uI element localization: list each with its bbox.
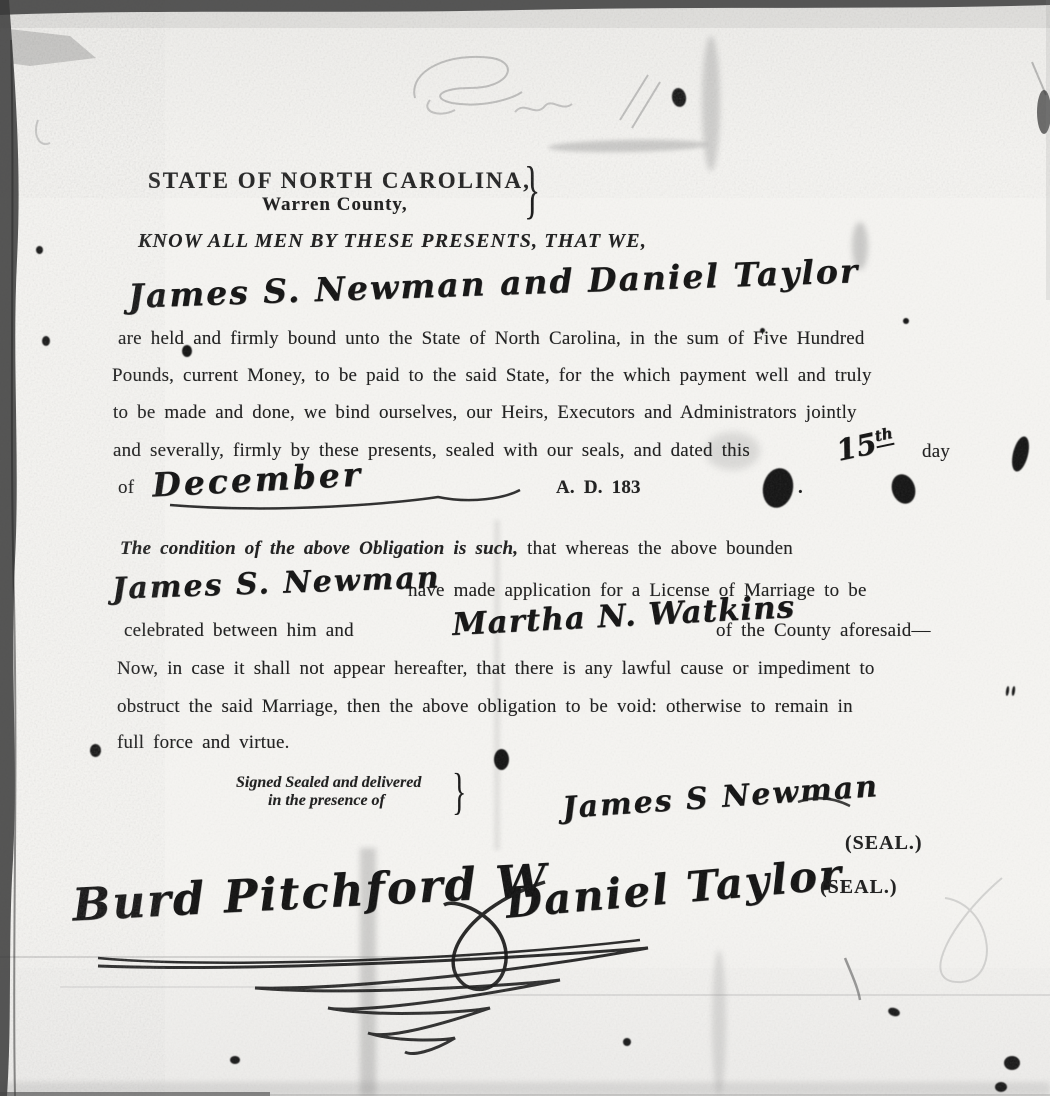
edge-shade-top bbox=[0, 0, 1050, 28]
ink-speck bbox=[760, 328, 765, 333]
ink-speck bbox=[623, 1038, 631, 1046]
witness-clause-line-1: Signed Sealed and delivered bbox=[236, 774, 421, 792]
bond-line-1: are held and firmly bound unto the State… bbox=[118, 328, 865, 350]
ink-blot bbox=[494, 749, 509, 770]
ink-speck bbox=[887, 1006, 901, 1018]
ink-blot-date bbox=[759, 465, 797, 510]
condition-line-3-start: celebrated between him and bbox=[124, 620, 354, 642]
ink-speck bbox=[1005, 686, 1009, 696]
day-ordinal-suffix: th bbox=[873, 424, 895, 448]
ink-speck bbox=[1011, 686, 1015, 696]
ink-blot bbox=[1009, 435, 1032, 474]
state-title: STATE OF NORTH CAROLINA, bbox=[148, 168, 531, 194]
condition-lead-rest: that whereas the above bounden bbox=[518, 538, 793, 559]
torn-edge-left bbox=[0, 0, 19, 1096]
bleedthrough-mark bbox=[36, 120, 50, 144]
of-label: of bbox=[118, 477, 134, 499]
condition-lead-italic: The condition of the above Obligation is… bbox=[120, 538, 518, 559]
day-number: 15 bbox=[833, 426, 880, 468]
witness-clause-line-2: in the presence of bbox=[268, 792, 385, 810]
ink-speck bbox=[42, 336, 50, 346]
county-line: Warren County, bbox=[262, 194, 408, 216]
edge-shade-right bbox=[1046, 0, 1050, 300]
scan-shadow-bottom bbox=[0, 1082, 1050, 1096]
ink-blot bbox=[888, 471, 919, 507]
seal-label-1: (SEAL.) bbox=[845, 832, 923, 855]
torn-edge-top bbox=[0, 0, 1050, 15]
scan-smudge bbox=[702, 36, 720, 171]
month-handwritten: December bbox=[151, 455, 364, 505]
opening-line: KNOW ALL MEN BY THESE PRESENTS, THAT WE, bbox=[138, 230, 647, 253]
condition-line-4: Now, in case it shall not appear hereaft… bbox=[117, 658, 875, 680]
signature-principal-2: Daniel Taylor bbox=[504, 849, 845, 927]
signature-witness: Burd Pitchford W bbox=[71, 854, 549, 932]
ink-speck bbox=[182, 345, 192, 357]
ink-speck bbox=[670, 87, 687, 108]
edge-blob-right bbox=[1037, 90, 1050, 134]
bleedthrough-writing bbox=[414, 57, 522, 105]
bleedthrough-writing bbox=[427, 100, 455, 114]
bond-line-2: Pounds, current Money, to be paid to the… bbox=[112, 365, 872, 387]
bleedthrough-mark bbox=[1032, 62, 1046, 95]
bond-line-4: and severally, firmly by these presents,… bbox=[113, 440, 750, 462]
paper-edge-line bbox=[11, 40, 15, 1096]
ink-speck bbox=[90, 744, 101, 757]
condition-line-5: obstruct the said Marriage, then the abo… bbox=[117, 696, 853, 718]
fold-crease-vertical bbox=[494, 520, 500, 850]
fold-crease-horizontal bbox=[460, 994, 1050, 996]
seal-label-2: (SEAL.) bbox=[820, 876, 898, 899]
fold-crease-horizontal bbox=[0, 956, 470, 958]
ink-speck bbox=[230, 1056, 240, 1064]
scan-smudge bbox=[548, 139, 708, 154]
bond-line-3: to be made and done, we bind ourselves, … bbox=[113, 402, 857, 424]
ink-speck bbox=[1004, 1056, 1020, 1070]
bleedthrough-writing bbox=[515, 103, 572, 112]
groom-handwritten: James S. Newman bbox=[111, 560, 441, 606]
ink-speck bbox=[36, 246, 43, 254]
witness-clause-brace: } bbox=[452, 764, 466, 822]
year-printed: A. D. 183 bbox=[556, 477, 641, 499]
fold-crease-horizontal bbox=[60, 986, 400, 988]
bleedthrough-swirl bbox=[940, 878, 1002, 982]
day-handwritten: 15th bbox=[833, 422, 897, 467]
header-brace: } bbox=[524, 156, 540, 228]
bleedthrough-strokes bbox=[620, 75, 660, 128]
signature-principal-1: James S Newman bbox=[561, 769, 880, 826]
ink-speck bbox=[995, 1082, 1007, 1092]
condition-lead: The condition of the above Obligation is… bbox=[120, 538, 793, 560]
corner-fold bbox=[0, 28, 96, 66]
day-label: day bbox=[922, 441, 950, 463]
ink-speck bbox=[903, 318, 909, 324]
year-period: . bbox=[798, 477, 803, 499]
condition-line-6: full force and virtue. bbox=[117, 732, 290, 754]
marriage-bond-scan: STATE OF NORTH CAROLINA, } Warren County… bbox=[0, 0, 1050, 1096]
scan-smudge bbox=[712, 950, 726, 1096]
principals-handwritten: James S. Newman and Daniel Taylor bbox=[128, 251, 860, 315]
